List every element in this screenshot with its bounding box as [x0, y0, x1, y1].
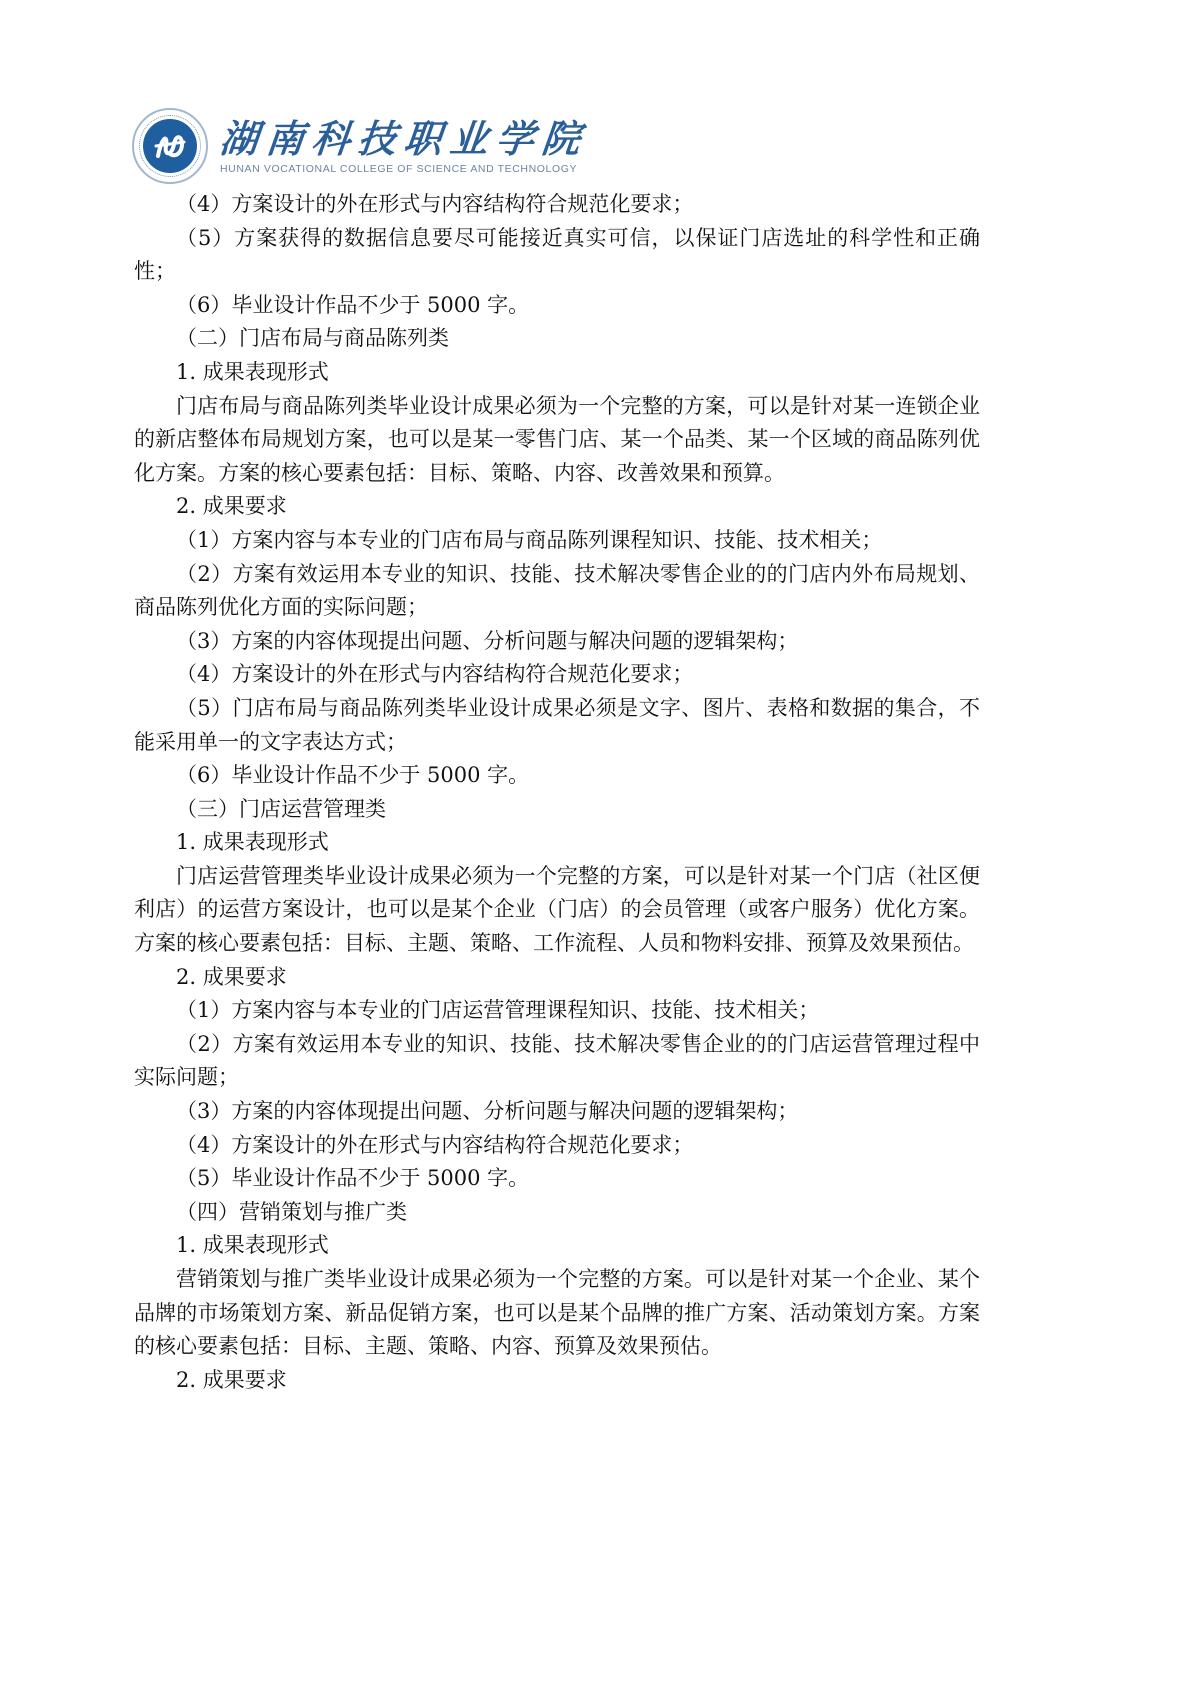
- list-item: （2）方案有效运用本专业的知识、技能、技术解决零售企业的的门店运营管理过程中实际…: [134, 1028, 980, 1095]
- document-body: （4）方案设计的外在形式与内容结构符合规范化要求； （5）方案获得的数据信息要尽…: [134, 188, 980, 1397]
- paragraph: 营销策划与推广类毕业设计成果必须为一个完整的方案。可以是针对某一个企业、某个品牌…: [134, 1263, 980, 1364]
- section-heading: （三）门店运营管理类: [134, 793, 980, 827]
- section-heading: （二）门店布局与商品陈列类: [134, 322, 980, 356]
- list-item: （5）毕业设计作品不少于 5000 字。: [134, 1162, 980, 1196]
- subsection-heading: 1. 成果表现形式: [134, 356, 980, 390]
- school-name-en: HUNAN VOCATIONAL COLLEGE OF SCIENCE AND …: [220, 163, 588, 175]
- school-emblem-icon: [132, 108, 208, 184]
- subsection-heading: 2. 成果要求: [134, 961, 980, 995]
- document-header: 湖南科技职业学院 HUNAN VOCATIONAL COLLEGE OF SCI…: [132, 106, 588, 186]
- subsection-heading: 2. 成果要求: [134, 490, 980, 524]
- paragraph: （4）方案设计的外在形式与内容结构符合规范化要求；: [134, 188, 980, 222]
- list-item: （2）方案有效运用本专业的知识、技能、技术解决零售企业的的门店内外布局规划、商品…: [134, 558, 980, 625]
- list-item: （1）方案内容与本专业的门店布局与商品陈列课程知识、技能、技术相关；: [134, 524, 980, 558]
- paragraph: （5）方案获得的数据信息要尽可能接近真实可信，以保证门店选址的科学性和正确性；: [134, 222, 980, 289]
- subsection-heading: 1. 成果表现形式: [134, 826, 980, 860]
- paragraph: 门店布局与商品陈列类毕业设计成果必须为一个完整的方案，可以是针对某一连锁企业的新…: [134, 390, 980, 491]
- section-heading: （四）营销策划与推广类: [134, 1196, 980, 1230]
- list-item: （3）方案的内容体现提出问题、分析问题与解决问题的逻辑架构；: [134, 1095, 980, 1129]
- list-item: （1）方案内容与本专业的门店运营管理课程知识、技能、技术相关；: [134, 994, 980, 1028]
- school-logo-text: 湖南科技职业学院 HUNAN VOCATIONAL COLLEGE OF SCI…: [220, 117, 588, 175]
- list-item: （6）毕业设计作品不少于 5000 字。: [134, 759, 980, 793]
- school-name-cn: 湖南科技职业学院: [218, 117, 591, 161]
- list-item: （3）方案的内容体现提出问题、分析问题与解决问题的逻辑架构；: [134, 625, 980, 659]
- subsection-heading: 1. 成果表现形式: [134, 1229, 980, 1263]
- list-item: （5）门店布局与商品陈列类毕业设计成果必须是文字、图片、表格和数据的集合，不能采…: [134, 692, 980, 759]
- paragraph: （6）毕业设计作品不少于 5000 字。: [134, 289, 980, 323]
- paragraph: 门店运营管理类毕业设计成果必须为一个完整的方案，可以是针对某一个门店（社区便利店…: [134, 860, 980, 961]
- subsection-heading: 2. 成果要求: [134, 1364, 980, 1398]
- emblem-ring: [139, 115, 201, 177]
- list-item: （4）方案设计的外在形式与内容结构符合规范化要求；: [134, 1129, 980, 1163]
- list-item: （4）方案设计的外在形式与内容结构符合规范化要求；: [134, 658, 980, 692]
